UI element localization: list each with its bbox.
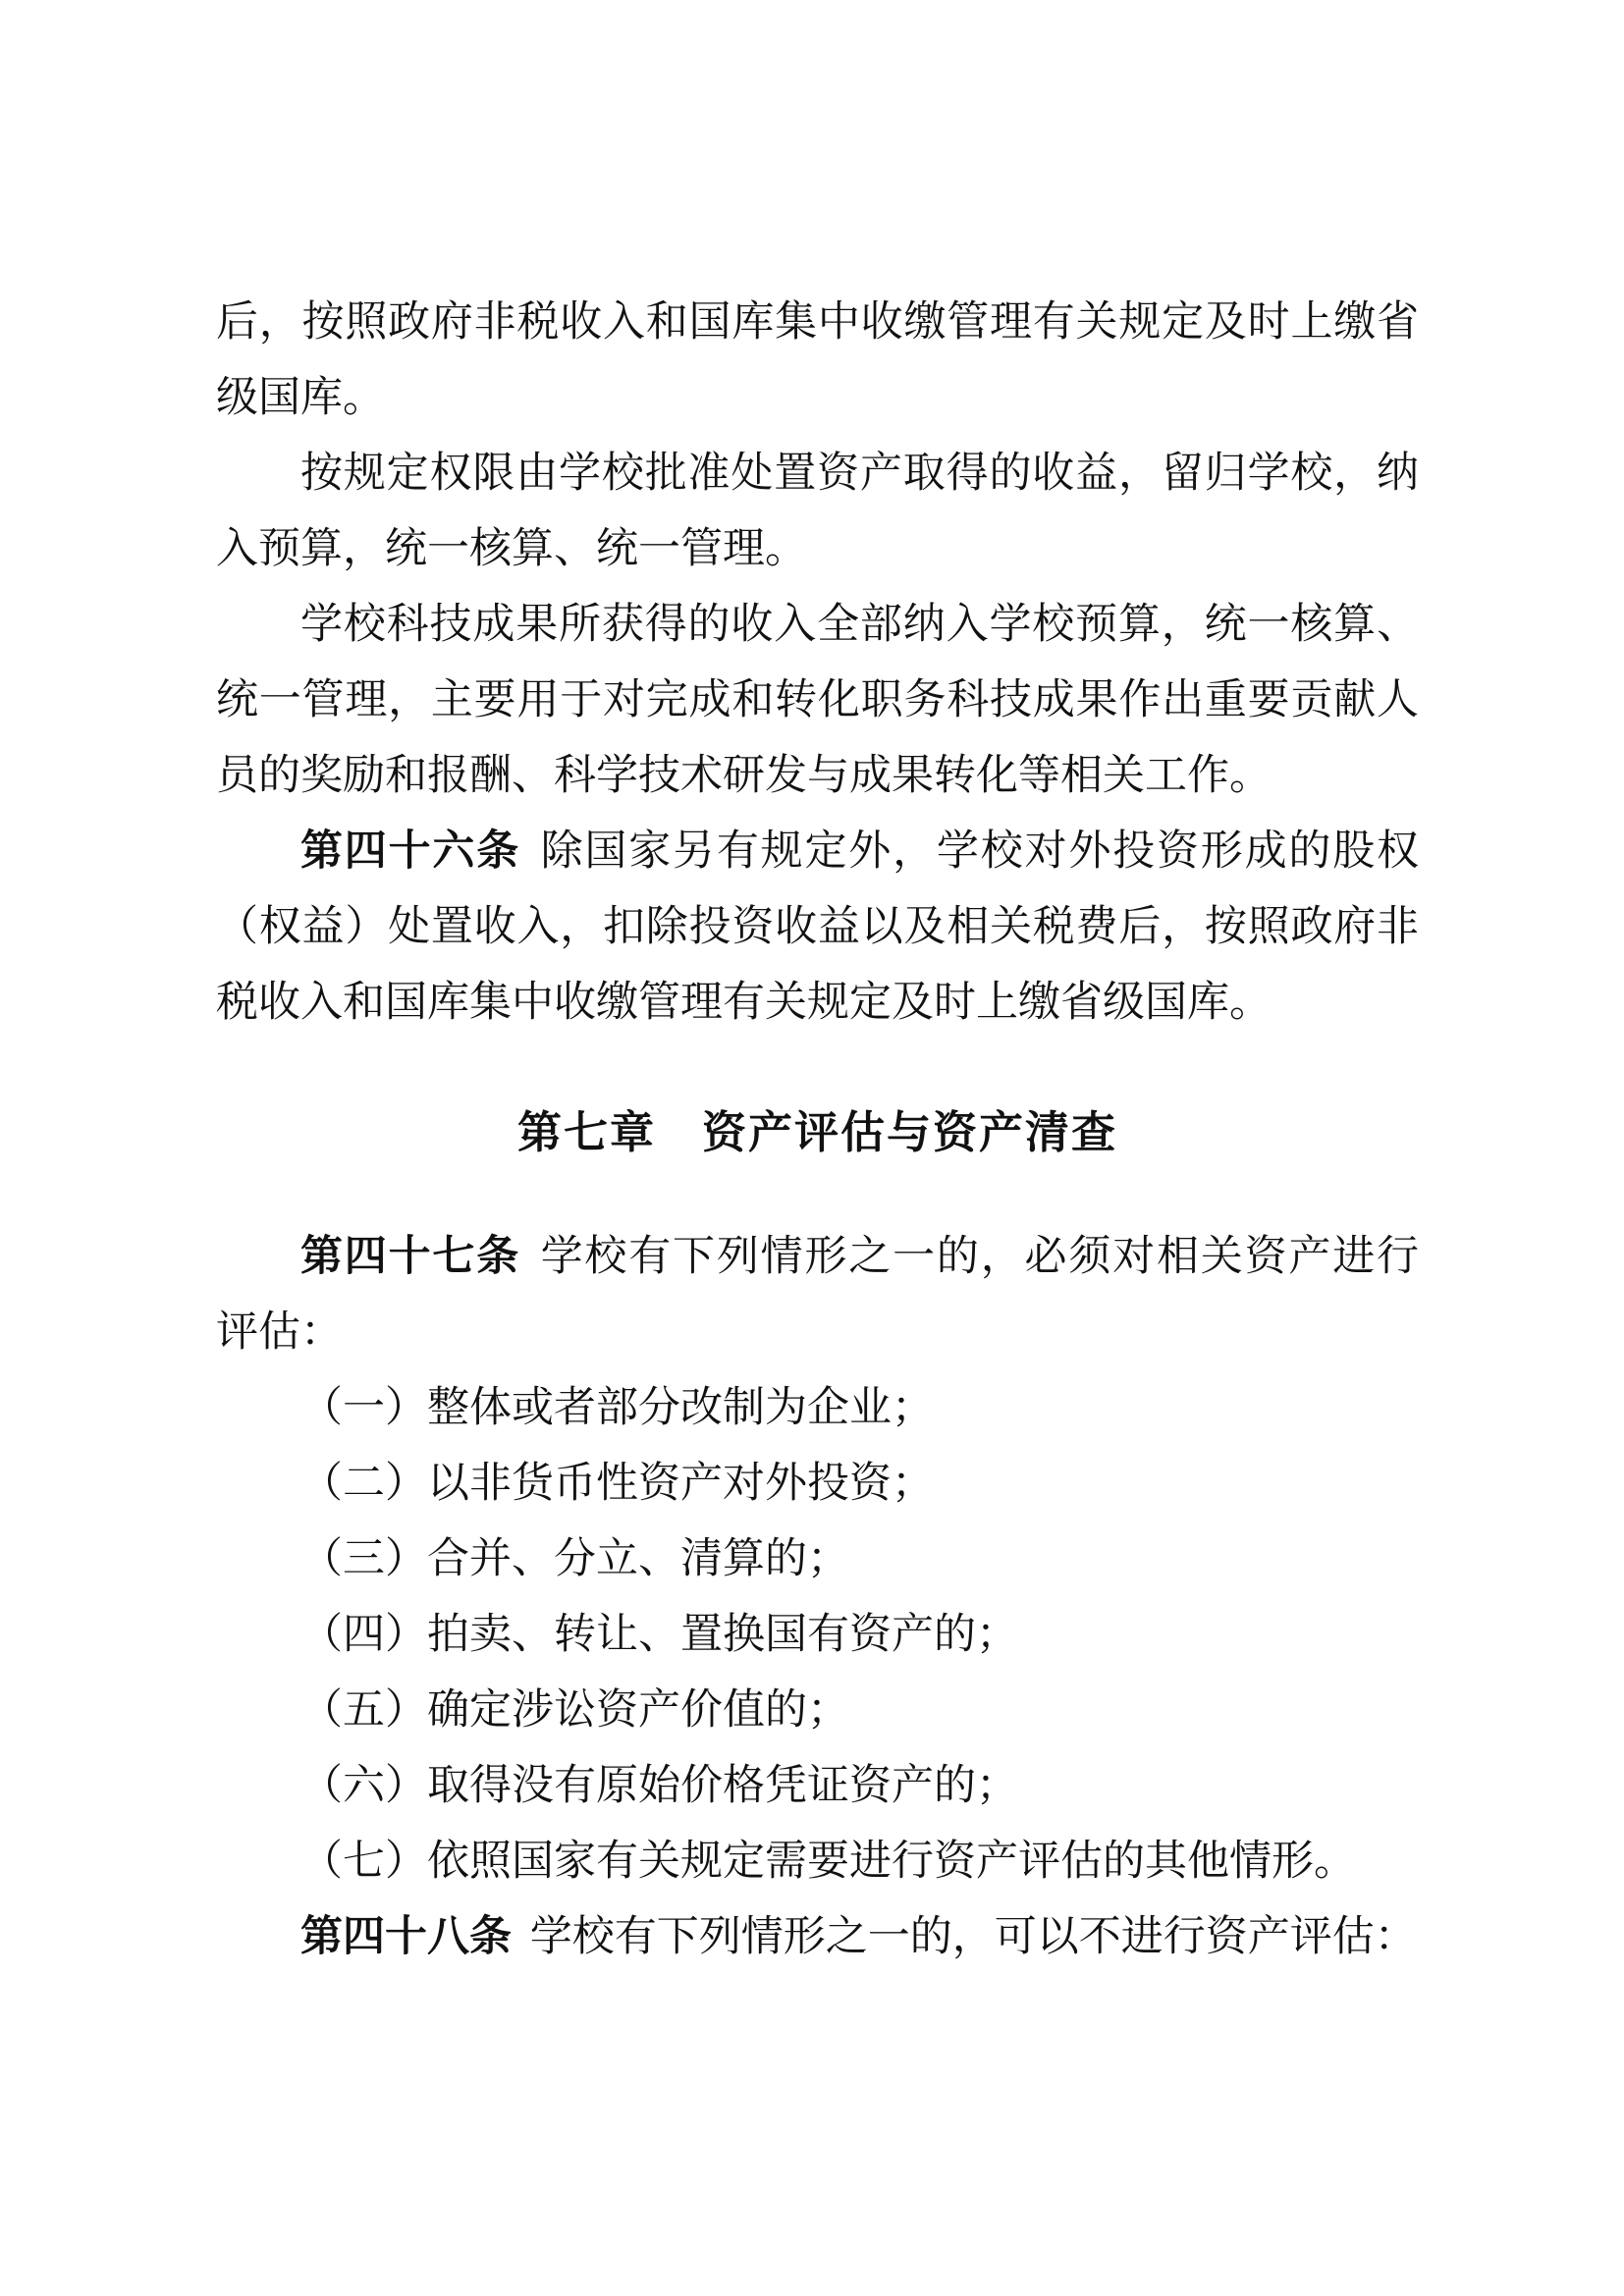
list-item: （一）整体或者部分改制为企业； — [216, 1370, 1419, 1446]
list-item: （四）拍卖、转让、置换国有资产的； — [216, 1597, 1419, 1673]
text-line: （权益）处置收入，扣除投资收益以及相关税费后，按照政府非 — [216, 889, 1419, 965]
document-content: 后，按照政府非税收入和国库集中收缴管理有关规定及时上缴省 级国库。 按规定权限由… — [0, 0, 1624, 1975]
text-line: 评估： — [216, 1295, 1419, 1370]
article-number: 第四十七条 — [300, 1234, 520, 1280]
article-line: 第四十八条 学校有下列情形之一的，可以不进行资产评估： — [216, 1899, 1419, 1975]
article-line: 第四十七条 学校有下列情形之一的，必须对相关资产进行 — [216, 1219, 1419, 1295]
chapter-heading: 第七章 资产评估与资产清查 — [216, 1095, 1419, 1170]
text-line: 统一管理，主要用于对完成和转化职务科技成果作出重要贡献人 — [216, 663, 1419, 738]
article-text: 学校有下列情形之一的，可以不进行资产评估： — [530, 1914, 1417, 1960]
text-line: 入预算，统一核算、统一管理。 — [216, 511, 1419, 587]
text-line: 后，按照政府非税收入和国库集中收缴管理有关规定及时上缴省 — [216, 285, 1419, 360]
text-line: 级国库。 — [216, 360, 1419, 436]
list-item: （三）合并、分立、清算的； — [216, 1522, 1419, 1597]
document-page: 后，按照政府非税收入和国库集中收缴管理有关规定及时上缴省 级国库。 按规定权限由… — [0, 0, 1624, 2296]
list-item: （五）确定涉讼资产价值的； — [216, 1673, 1419, 1748]
article-number: 第四十八条 — [300, 1914, 512, 1960]
article-text: 除国家另有规定外，学校对外投资形成的股权 — [541, 828, 1419, 875]
article-number: 第四十六条 — [300, 828, 520, 875]
list-item: （二）以非货币性资产对外投资； — [216, 1446, 1419, 1522]
text-line: 税收入和国库集中收缴管理有关规定及时上缴省级国库。 — [216, 965, 1419, 1041]
text-line: 员的奖励和报酬、科学技术研发与成果转化等相关工作。 — [216, 738, 1419, 814]
list-item: （六）取得没有原始价格凭证资产的； — [216, 1748, 1419, 1824]
text-line: 学校科技成果所获得的收入全部纳入学校预算，统一核算、 — [216, 587, 1419, 663]
article-line: 第四十六条 除国家另有规定外，学校对外投资形成的股权 — [216, 814, 1419, 889]
text-line: 按规定权限由学校批准处置资产取得的收益，留归学校，纳 — [216, 436, 1419, 511]
article-text: 学校有下列情形之一的，必须对相关资产进行 — [541, 1234, 1419, 1280]
list-item: （七）依照国家有关规定需要进行资产评估的其他情形。 — [216, 1824, 1419, 1899]
